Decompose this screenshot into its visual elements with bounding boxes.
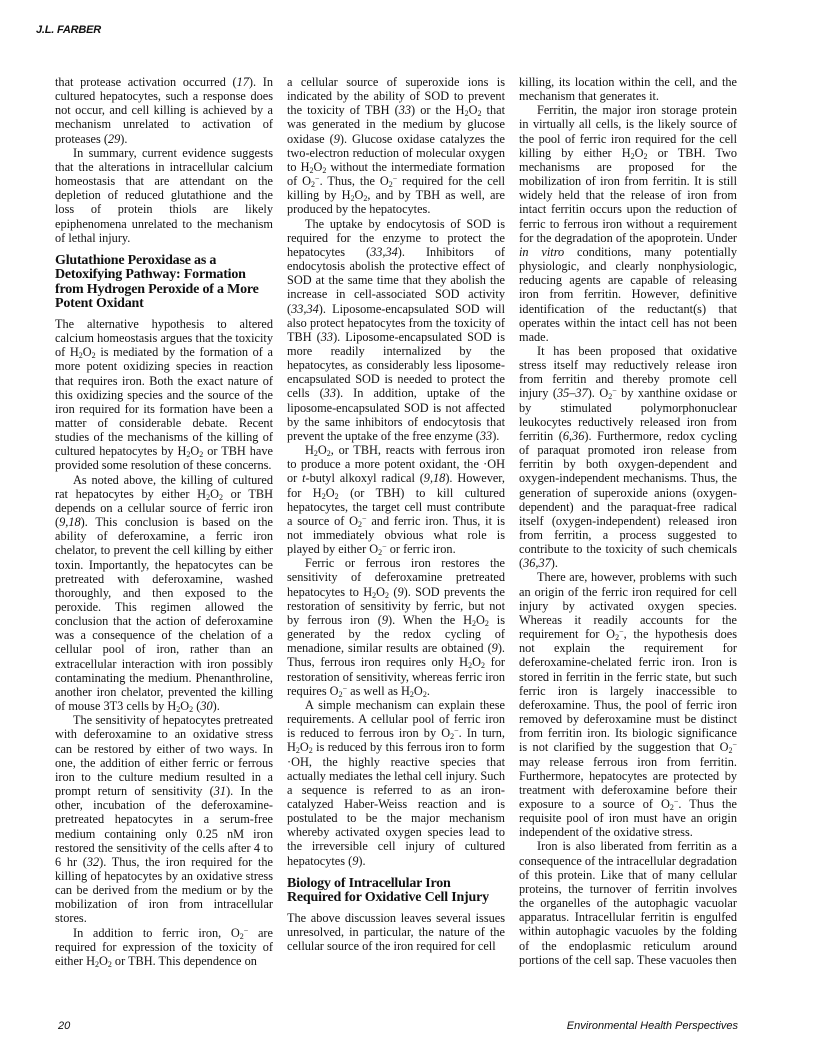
body-paragraph: There are, however, problems with such a… (519, 570, 737, 839)
body-paragraph: The above discussion leaves several issu… (287, 911, 505, 953)
body-paragraph: H2O2, or TBH, reacts with ferrous iron t… (287, 443, 505, 556)
body-paragraph: a cellular source of superoxide ions is … (287, 75, 505, 217)
body-paragraph: Ferritin, the major iron storage protein… (519, 103, 737, 344)
body-paragraph: It has been proposed that oxidative stre… (519, 344, 737, 571)
body-paragraph: killing, its location within the cell, a… (519, 75, 737, 103)
body-paragraph: The uptake by endocytosis of SOD is requ… (287, 217, 505, 444)
body-paragraph: In summary, current evidence suggests th… (55, 146, 273, 245)
text-column-1: that protease activation occurred (17). … (55, 75, 273, 968)
section-heading: Biology of Intracellular Iron Required f… (287, 877, 505, 906)
journal-name: Environmental Health Perspectives (567, 1020, 738, 1032)
running-head-author: J.L. FARBER (36, 24, 101, 36)
body-paragraph: Ferric or ferrous iron restores the sens… (287, 556, 505, 698)
page-number: 20 (58, 1020, 70, 1032)
body-paragraph: that protease activation occurred (17). … (55, 75, 273, 146)
body-paragraph: The sensitivity of hepatocytes pretreate… (55, 713, 273, 925)
body-paragraph: As noted above, the killing of cultured … (55, 473, 273, 714)
body-paragraph: The alternative hypothesis to altered ca… (55, 317, 273, 473)
body-paragraph: A simple mechanism can explain these req… (287, 698, 505, 868)
text-column-2: a cellular source of superoxide ions is … (287, 75, 505, 953)
section-heading: Glutathione Peroxidase as a Detoxifying … (55, 254, 273, 312)
text-column-3: killing, its location within the cell, a… (519, 75, 737, 967)
body-paragraph: In addition to ferric iron, O2− are requ… (55, 926, 273, 968)
body-paragraph: Iron is also liberated from ferritin as … (519, 839, 737, 966)
